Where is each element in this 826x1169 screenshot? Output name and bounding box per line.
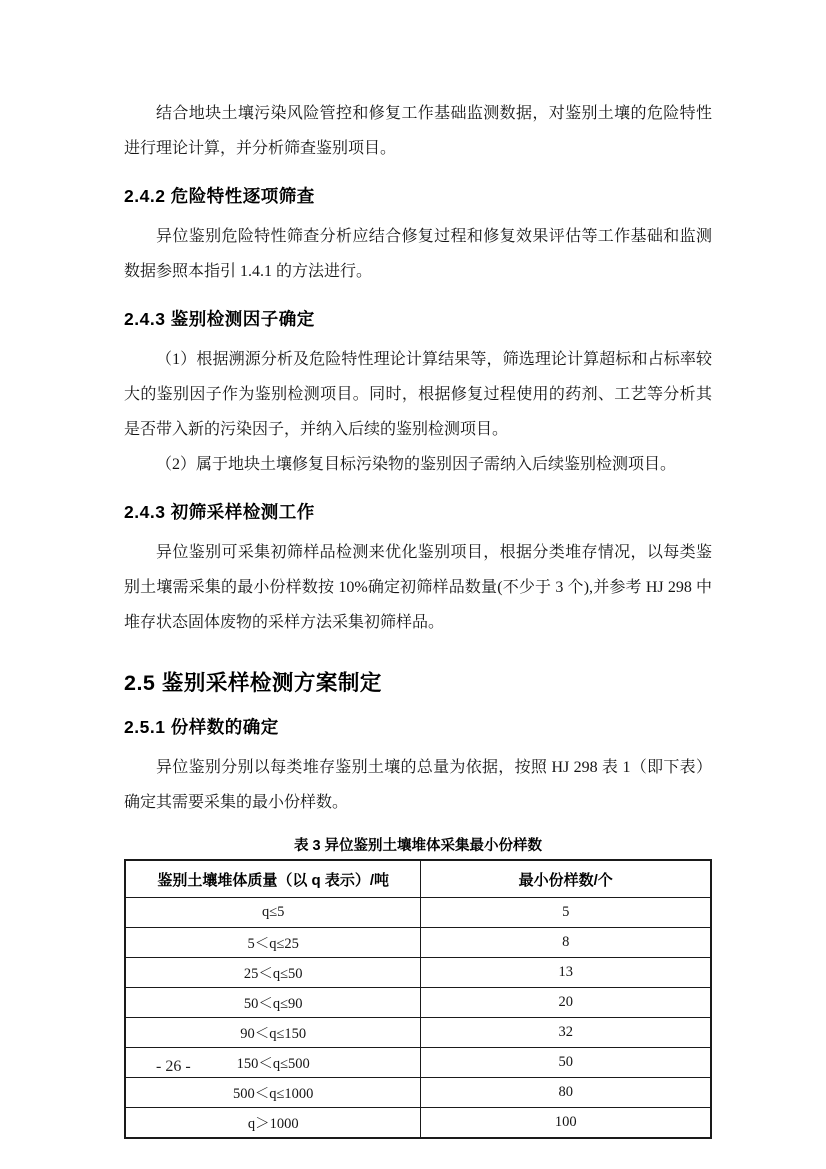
heading-2-4-2: 2.4.2 危险特性逐项筛查 [124, 183, 712, 208]
heading-2-4-3-screening: 2.4.3 初筛采样检测工作 [124, 499, 712, 524]
document-page: 结合地块土壤污染风险管控和修复工作基础监测数据，对鉴别土壤的危险特性进行理论计算… [0, 0, 826, 1169]
min-samples-table: 鉴别土壤堆体质量（以 q 表示）/吨 最小份样数/个 q≤5 5 5＜q≤25 … [124, 859, 712, 1139]
cell-min-samples: 13 [421, 958, 711, 988]
paragraph-intro: 结合地块土壤污染风险管控和修复工作基础监测数据，对鉴别土壤的危险特性进行理论计算… [124, 96, 712, 166]
heading-2-4-3-factors: 2.4.3 鉴别检测因子确定 [124, 306, 712, 331]
table-row: q≤5 5 [125, 898, 711, 928]
table-caption: 表 3 异位鉴别土壤堆体采集最小份样数 [124, 834, 712, 855]
paragraph-2-5-1: 异位鉴别分别以每类堆存鉴别土壤的总量为依据，按照 HJ 298 表 1（即下表）… [124, 750, 712, 820]
column-header-min-samples: 最小份样数/个 [421, 860, 711, 898]
cell-min-samples: 80 [421, 1078, 711, 1108]
table-row: 5＜q≤25 8 [125, 928, 711, 958]
page-content: 结合地块土壤污染风险管控和修复工作基础监测数据，对鉴别土壤的危险特性进行理论计算… [124, 96, 712, 1139]
table-row: 500＜q≤1000 80 [125, 1078, 711, 1108]
cell-mass-range: 25＜q≤50 [125, 958, 421, 988]
cell-min-samples: 20 [421, 988, 711, 1018]
table-row: 50＜q≤90 20 [125, 988, 711, 1018]
table-row: 25＜q≤50 13 [125, 958, 711, 988]
heading-2-5-1: 2.5.1 份样数的确定 [124, 714, 712, 739]
cell-mass-range: q＞1000 [125, 1108, 421, 1139]
table-row: q＞1000 100 [125, 1108, 711, 1139]
table-row: 150＜q≤500 50 [125, 1048, 711, 1078]
cell-min-samples: 32 [421, 1018, 711, 1048]
cell-mass-range: 5＜q≤25 [125, 928, 421, 958]
table-header-row: 鉴别土壤堆体质量（以 q 表示）/吨 最小份样数/个 [125, 860, 711, 898]
cell-mass-range: q≤5 [125, 898, 421, 928]
table-row: 90＜q≤150 32 [125, 1018, 711, 1048]
paragraph-2-4-2: 异位鉴别危险特性筛查分析应结合修复过程和修复效果评估等工作基础和监测数据参照本指… [124, 219, 712, 289]
paragraph-2-4-3-item2: （2）属于地块土壤修复目标污染物的鉴别因子需纳入后续鉴别检测项目。 [124, 447, 712, 482]
heading-2-5: 2.5 鉴别采样检测方案制定 [124, 666, 712, 697]
cell-mass-range: 500＜q≤1000 [125, 1078, 421, 1108]
cell-mass-range: 90＜q≤150 [125, 1018, 421, 1048]
paragraph-2-4-3-item1: （1）根据溯源分析及危险特性理论计算结果等，筛选理论计算超标和占标率较大的鉴别因… [124, 342, 712, 447]
cell-min-samples: 50 [421, 1048, 711, 1078]
cell-min-samples: 100 [421, 1108, 711, 1139]
paragraph-2-4-3b: 异位鉴别可采集初筛样品检测来优化鉴别项目，根据分类堆存情况，以每类鉴别土壤需采集… [124, 535, 712, 640]
column-header-mass: 鉴别土壤堆体质量（以 q 表示）/吨 [125, 860, 421, 898]
cell-min-samples: 8 [421, 928, 711, 958]
cell-mass-range: 50＜q≤90 [125, 988, 421, 1018]
page-number: - 26 - [156, 1058, 191, 1076]
cell-min-samples: 5 [421, 898, 711, 928]
